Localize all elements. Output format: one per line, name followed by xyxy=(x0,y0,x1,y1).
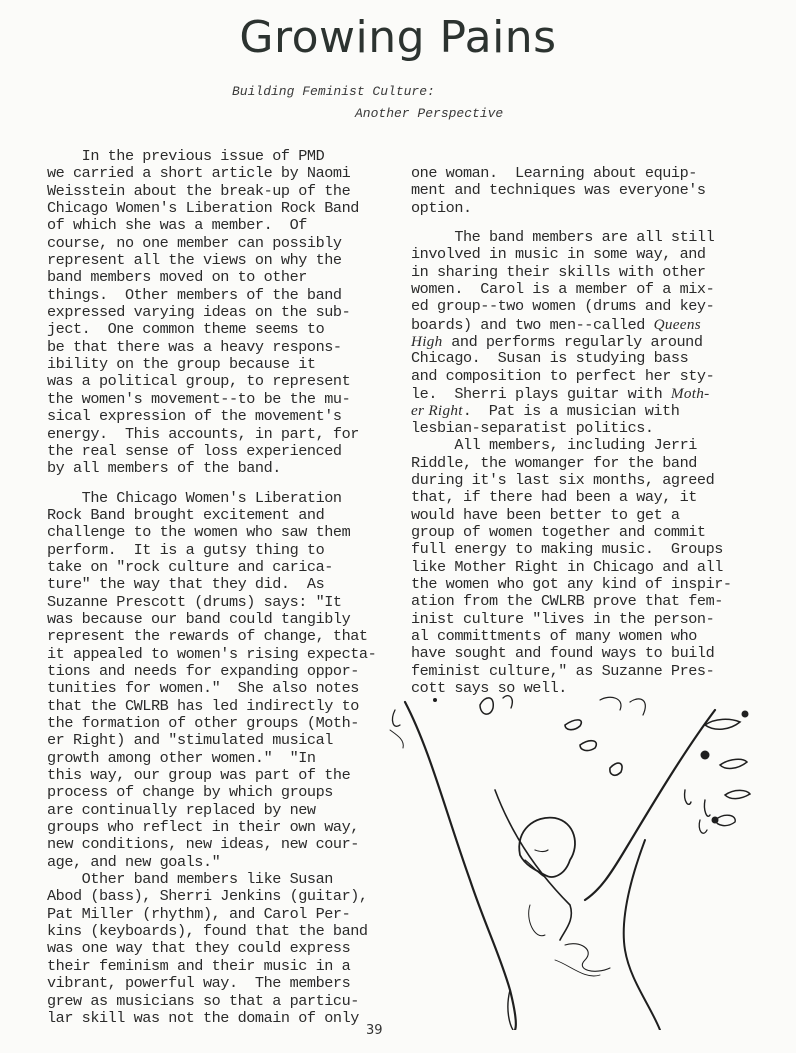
text-line: Riddle, the womanger for the band xyxy=(411,455,732,472)
text-line: are continually replaced by new xyxy=(47,802,376,819)
text-line: was a political group, to represent xyxy=(47,373,376,390)
text-line: the women who got any kind of inspir- xyxy=(411,576,732,593)
text-line: option. xyxy=(411,200,732,217)
text-line: was one way that they could express xyxy=(47,940,376,957)
text-line: was because our band could tangibly xyxy=(47,611,376,628)
text-line: represent the rewards of change, that xyxy=(47,628,376,645)
text-line: in sharing their skills with other xyxy=(411,264,732,281)
text-line: boards) and two men--called Queens xyxy=(411,316,732,333)
text-line: course, no one member can possibly xyxy=(47,235,376,252)
text-line: energy. This accounts, in part, for xyxy=(47,426,376,443)
text-line: The band members are all still xyxy=(411,229,732,246)
text-line: High and performs regularly around xyxy=(411,333,732,350)
text-line: band members moved on to other xyxy=(47,269,376,286)
text-line: group of women together and commit xyxy=(411,524,732,541)
text-line: feminist culture," as Suzanne Pres- xyxy=(411,663,732,680)
text-line: be that there was a heavy respons- xyxy=(47,339,376,356)
text-line: take on "rock culture and carica- xyxy=(47,559,376,576)
text-line: the formation of other groups (Moth- xyxy=(47,715,376,732)
text-line: would have been better to get a xyxy=(411,507,732,524)
text-line: Chicago. Susan is studying bass xyxy=(411,350,732,367)
text-line: ed group--two women (drums and key- xyxy=(411,298,732,315)
text-line: Abod (bass), Sherri Jenkins (guitar), xyxy=(47,888,376,905)
text-line: that the CWLRB has led indirectly to xyxy=(47,698,376,715)
text-line: The Chicago Women's Liberation xyxy=(47,490,376,507)
text-line: ation from the CWLRB prove that fem- xyxy=(411,593,732,610)
text-line: during it's last six months, agreed xyxy=(411,472,732,489)
text-line: challenge to the women who saw them xyxy=(47,524,376,541)
text-line: involved in music in some way, and xyxy=(411,246,732,263)
text-line: lar skill was not the domain of only xyxy=(47,1010,376,1027)
text-line: tunities for women." She also notes xyxy=(47,680,376,697)
text-line: kins (keyboards), found that the band xyxy=(47,923,376,940)
text-line: Other band members like Susan xyxy=(47,871,376,888)
text-line: and composition to perfect her sty- xyxy=(411,368,732,385)
woman-tree-illustration xyxy=(385,690,796,1030)
text-line: er Right. Pat is a musician with xyxy=(411,402,732,419)
page-number: 39 xyxy=(366,1023,383,1038)
text-line: ibility on the group because it xyxy=(47,356,376,373)
text-line: grew as musicians so that a particu- xyxy=(47,993,376,1010)
text-line: Chicago Women's Liberation Rock Band xyxy=(47,200,376,217)
text-line: the real sense of loss experienced xyxy=(47,443,376,460)
text-line: le. Sherri plays guitar with Moth- xyxy=(411,385,732,402)
left-text-column: In the previous issue of PMDwe carried a… xyxy=(47,148,376,1027)
text-line: al committments of many women who xyxy=(411,628,732,645)
text-line: Weisstein about the break-up of the xyxy=(47,183,376,200)
text-line: by all members of the band. xyxy=(47,460,376,477)
text-line: process of change by which groups xyxy=(47,784,376,801)
text-line: things. Other members of the band xyxy=(47,287,376,304)
text-line: of which she was a member. Of xyxy=(47,217,376,234)
text-line: ject. One common theme seems to xyxy=(47,321,376,338)
text-line: vibrant, powerful way. The members xyxy=(47,975,376,992)
text-line xyxy=(47,478,376,490)
text-line: one woman. Learning about equip- xyxy=(411,165,732,182)
text-line: Suzanne Prescott (drums) says: "It xyxy=(47,594,376,611)
article-subtitle-line1: Building Feminist Culture: xyxy=(232,84,435,99)
text-line: perform. It is a gutsy thing to xyxy=(47,542,376,559)
text-line: have sought and found ways to build xyxy=(411,645,732,662)
text-line: inist culture "lives in the person- xyxy=(411,611,732,628)
text-line: er Right) and "stimulated musical xyxy=(47,732,376,749)
article-subtitle-line2: Another Perspective xyxy=(355,106,503,121)
text-line: represent all the views on why the xyxy=(47,252,376,269)
text-line: their feminism and their music in a xyxy=(47,958,376,975)
text-line: ture" the way that they did. As xyxy=(47,576,376,593)
text-line: women. Carol is a member of a mix- xyxy=(411,281,732,298)
text-line: sical expression of the movement's xyxy=(47,408,376,425)
text-line: this way, our group was part of the xyxy=(47,767,376,784)
text-line: Pat Miller (rhythm), and Carol Per- xyxy=(47,906,376,923)
text-line: Rock Band brought excitement and xyxy=(47,507,376,524)
text-line: All members, including Jerri xyxy=(411,437,732,454)
right-text-column: one woman. Learning about equip-ment and… xyxy=(411,165,732,697)
text-line: expressed varying ideas on the sub- xyxy=(47,304,376,321)
text-line: we carried a short article by Naomi xyxy=(47,165,376,182)
text-line: lesbian-separatist politics. xyxy=(411,420,732,437)
text-line: full energy to making music. Groups xyxy=(411,541,732,558)
text-line: new conditions, new ideas, new cour- xyxy=(47,836,376,853)
text-line: tions and needs for expanding oppor- xyxy=(47,663,376,680)
text-line: ment and techniques was everyone's xyxy=(411,182,732,199)
article-title: Growing Pains xyxy=(0,12,796,63)
text-line: growth among other women." "In xyxy=(47,750,376,767)
text-line: the women's movement--to be the mu- xyxy=(47,391,376,408)
text-line: that, if there had been a way, it xyxy=(411,489,732,506)
text-line: like Mother Right in Chicago and all xyxy=(411,559,732,576)
text-line: age, and new goals." xyxy=(47,854,376,871)
text-line: it appealed to women's rising expecta- xyxy=(47,646,376,663)
text-line: In the previous issue of PMD xyxy=(47,148,376,165)
text-line: groups who reflect in their own way, xyxy=(47,819,376,836)
